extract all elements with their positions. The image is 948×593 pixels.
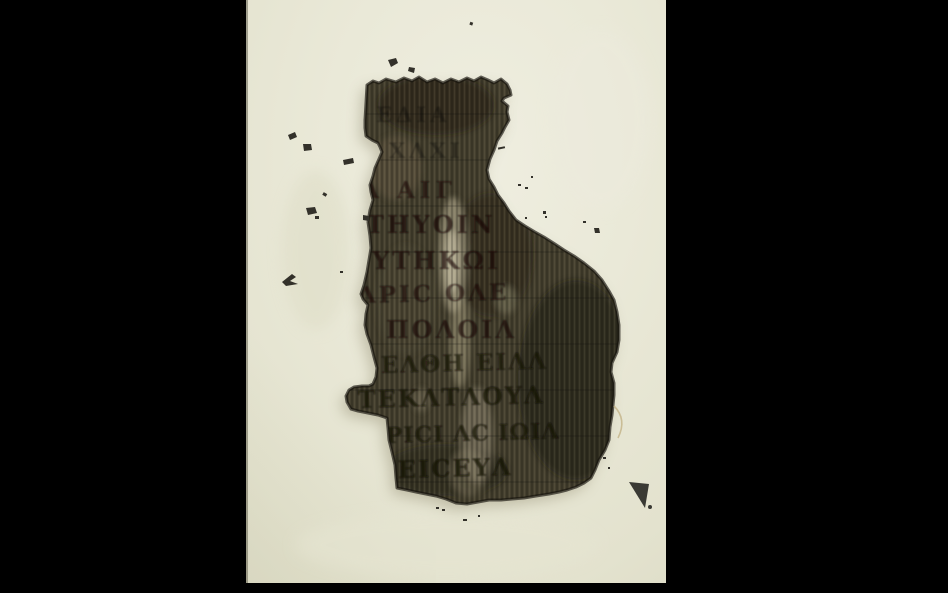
dust-speck	[603, 457, 606, 459]
dust-speck	[594, 228, 600, 233]
dust-speck	[436, 507, 439, 509]
script-line-8: ΕΛΘΗ ΕΙΛΛ	[380, 348, 548, 379]
script-line-3: Λ ΑΙΓ	[360, 177, 457, 204]
dust-speck	[478, 515, 480, 517]
dust-speck	[442, 509, 445, 511]
dust-speck	[583, 221, 586, 223]
papyrus-photo-canvas: ΕΔΙΑ ΧΛΧΙ Λ ΑΙΓ ΤΗΥΟΙΝ ΥΤΗΚΩΙ ΛΡΙC ΟΛΕ Π…	[246, 0, 666, 583]
photo-frame: ΕΔΙΑ ΧΛΧΙ Λ ΑΙΓ ΤΗΥΟΙΝ ΥΤΗΚΩΙ ΛΡΙC ΟΛΕ Π…	[0, 0, 948, 593]
script-line-2: ΧΛΧΙ	[389, 138, 464, 163]
dust-speck	[463, 519, 467, 521]
dust-speck	[525, 187, 528, 189]
dust-speck	[315, 216, 319, 219]
dust-speck	[543, 211, 546, 214]
dust-speck	[303, 144, 312, 151]
dust-speck	[608, 467, 610, 469]
script-line-10: ΡΙCΙ ΛC ΙΩΙΛ	[385, 418, 559, 449]
script-line-5: ΥΤΗΚΩΙ	[371, 246, 501, 275]
dust-speck	[340, 271, 343, 273]
dust-speck	[545, 216, 547, 218]
script-line-1: ΕΔΙΑ	[376, 102, 450, 127]
script-line-6: ΛΡΙC ΟΛΕ	[357, 279, 510, 309]
papyrus-photo: ΕΔΙΑ ΧΛΧΙ Λ ΑΙΓ ΤΗΥΟΙΝ ΥΤΗΚΩΙ ΛΡΙC ΟΛΕ Π…	[246, 0, 666, 583]
dust-speck	[518, 184, 521, 186]
script-line-9: ΤΕΚΛΤΛΟΥΛ	[357, 380, 544, 414]
script-line-7: ΠΟΛΟΙΛ	[386, 315, 517, 344]
script-line-11: ΕΙCΕΥΛ	[397, 452, 512, 484]
dust-speck	[531, 176, 533, 178]
script-line-4: ΤΗΥΟΙΝ	[366, 210, 496, 239]
dust-speck	[525, 217, 527, 219]
dust-speck	[363, 215, 369, 221]
